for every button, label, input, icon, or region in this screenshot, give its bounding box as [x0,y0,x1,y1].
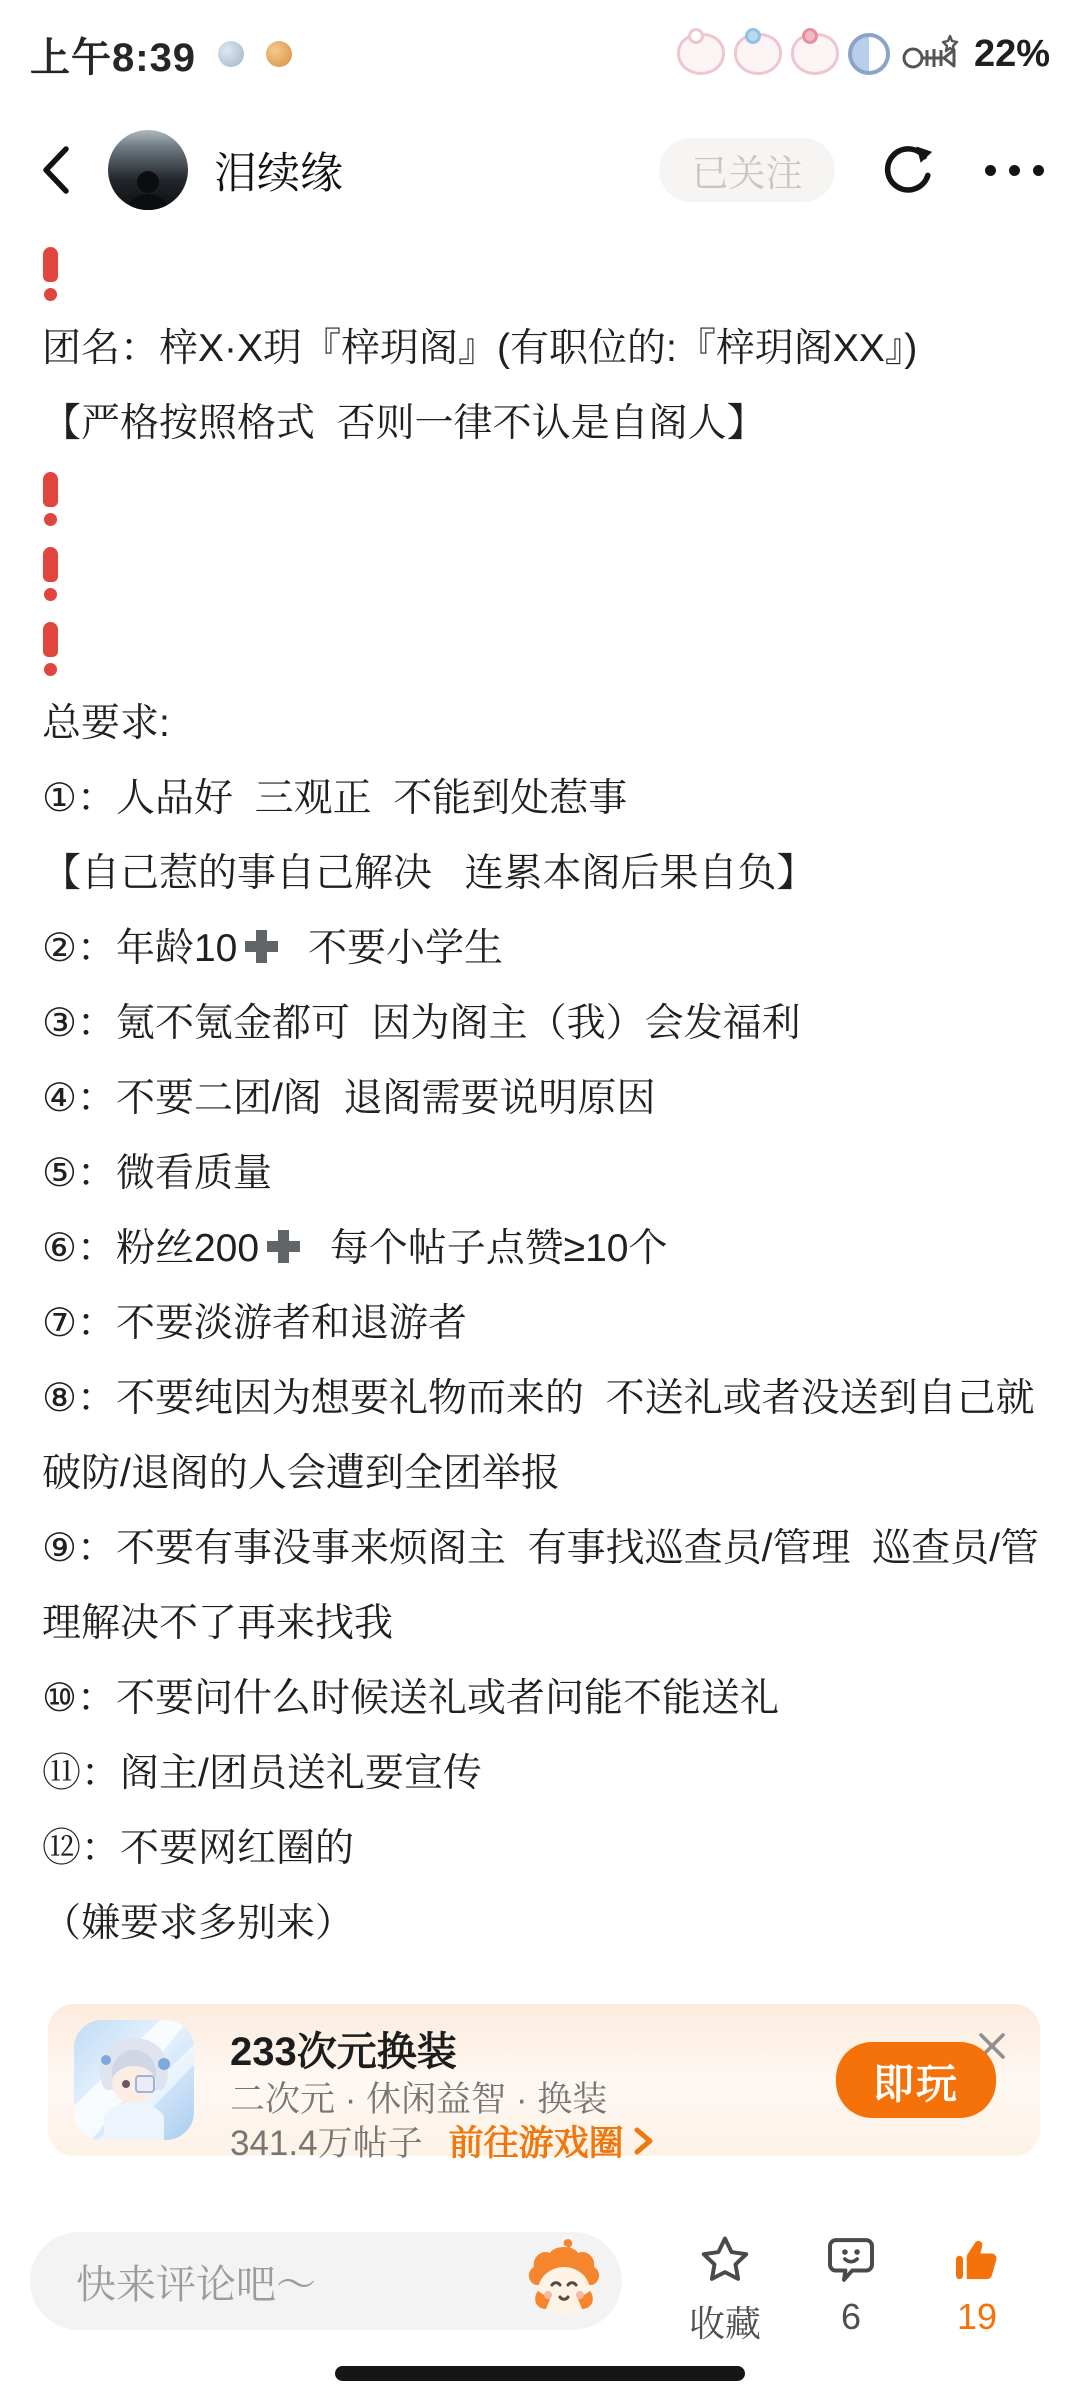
comment-placeholder: 快来评论吧～ [76,2253,316,2310]
post-paragraph: （嫌要求多别来） [42,1886,1042,1961]
chevron-right-icon [628,2124,658,2158]
action-buttons: 收藏 6 19 [622,2232,1054,2347]
notification-icon [218,41,244,67]
ad-meta-row: 341.4万帖子 前往游戏圈 [230,2116,658,2166]
exclamation-icon [42,472,59,526]
back-icon[interactable] [34,142,86,198]
game-ad-card[interactable]: 233次元换装 二次元 · 休闲益智 · 换装 341.4万帖子 前往游戏圈 即… [48,2004,1040,2156]
page-title-username[interactable]: 泪续缘 [214,140,343,201]
exclamation-icon [42,247,59,301]
post-paragraph: ⑨：不要有事没事来烦阁主 有事找巡查员/管理 巡查员/管理解决不了再来找我 [42,1511,1042,1661]
mascot-emoji-icon[interactable] [522,2239,606,2323]
comment-count: 6 [841,2296,861,2338]
post-paragraph: 团名：梓X·X玥『梓玥阁』(有职位的:『梓玥阁XX』) [42,311,1042,386]
screen: 上午8:39 22% [0,0,1080,2400]
themed-signal2-icon [791,33,839,75]
post-paragraph: ⑧：不要纯因为想要礼物而来的 不送礼或者没送到自己就破防/退阁的人会遭到全团举报 [42,1361,1042,1511]
themed-signal-icon [677,33,725,75]
collect-label: 收藏 [689,2296,761,2347]
post-paragraph: ⑥：粉丝200 每个帖子点赞≥10个 [42,1211,1042,1286]
plus-icon [267,1230,300,1263]
post-paragraph: 【严格按照格式 否则一律不认是自阁人】 [42,386,1042,461]
post-paragraph: ⑪：阁主/团员送礼要宣传 [42,1736,1042,1811]
exclamation-icon [42,622,59,676]
exclamation-icon [42,547,59,601]
red-exclamation [42,461,1042,536]
post-paragraph: ⑤：微看质量 [42,1136,1042,1211]
post-paragraph: 总要求: [42,686,1042,761]
share-icon[interactable] [879,141,937,199]
star-icon [696,2232,754,2288]
thumbs-up-icon [948,2232,1006,2288]
comment-input[interactable]: 快来评论吧～ [30,2232,622,2330]
ad-posts-count: 341.4万帖子 [230,2116,423,2166]
post-paragraph: 【自己惹的事自己解决 连累本阁后果自负】 [42,836,1042,911]
collect-button[interactable]: 收藏 [662,2232,788,2347]
post-body: 团名：梓X·X玥『梓玥阁』(有职位的:『梓玥阁XX』)【严格按照格式 否则一律不… [42,236,1042,1961]
notification-icon [266,41,292,67]
comment-button[interactable]: 6 [788,2232,914,2347]
post-paragraph: ③：氪不氪金都可 因为阁主（我）会发福利 [42,986,1042,1061]
ad-title[interactable]: 233次元换装 [230,2020,457,2077]
plus-icon [245,930,278,963]
avatar[interactable] [108,130,188,210]
battery-percent: 22% [974,33,1050,76]
followed-button[interactable]: 已关注 [659,138,835,202]
game-app-icon[interactable] [74,2020,194,2140]
nav-bar: 泪续缘 已关注 [0,116,1080,224]
post-paragraph: ①：人品好 三观正 不能到处惹事 [42,761,1042,836]
post-paragraph: ⑦：不要淡游者和退游者 [42,1286,1042,1361]
game-circle-link[interactable]: 前往游戏圈 [449,2116,658,2166]
home-indicator[interactable] [335,2366,745,2381]
post-paragraph: ②：年龄10 不要小学生 [42,911,1042,986]
like-count: 19 [957,2296,997,2338]
status-icons: 22% [677,32,1050,76]
red-exclamation [42,536,1042,611]
battery-icon [901,32,961,76]
comment-bubble-icon [823,2232,879,2288]
themed-wifi-icon [734,33,782,75]
clock-time: 上午8:39 [30,26,196,83]
bottom-bar: 快来评论吧～ 收藏 [30,2232,1054,2336]
post-paragraph: ④：不要二团/阁 退阁需要说明原因 [42,1061,1042,1136]
alarm-icon [848,33,890,75]
red-exclamation [42,611,1042,686]
post-paragraph: ⑫：不要网红圈的 [42,1811,1042,1886]
more-options-icon[interactable] [983,155,1046,186]
ad-tags: 二次元 · 休闲益智 · 换装 [230,2072,607,2122]
red-exclamation [42,236,1042,311]
status-bar: 上午8:39 22% [0,0,1080,108]
post-paragraph: ⑩：不要问什么时候送礼或者问能不能送礼 [42,1661,1042,1736]
play-now-button[interactable]: 即玩 [836,2042,996,2118]
like-button[interactable]: 19 [914,2232,1040,2347]
